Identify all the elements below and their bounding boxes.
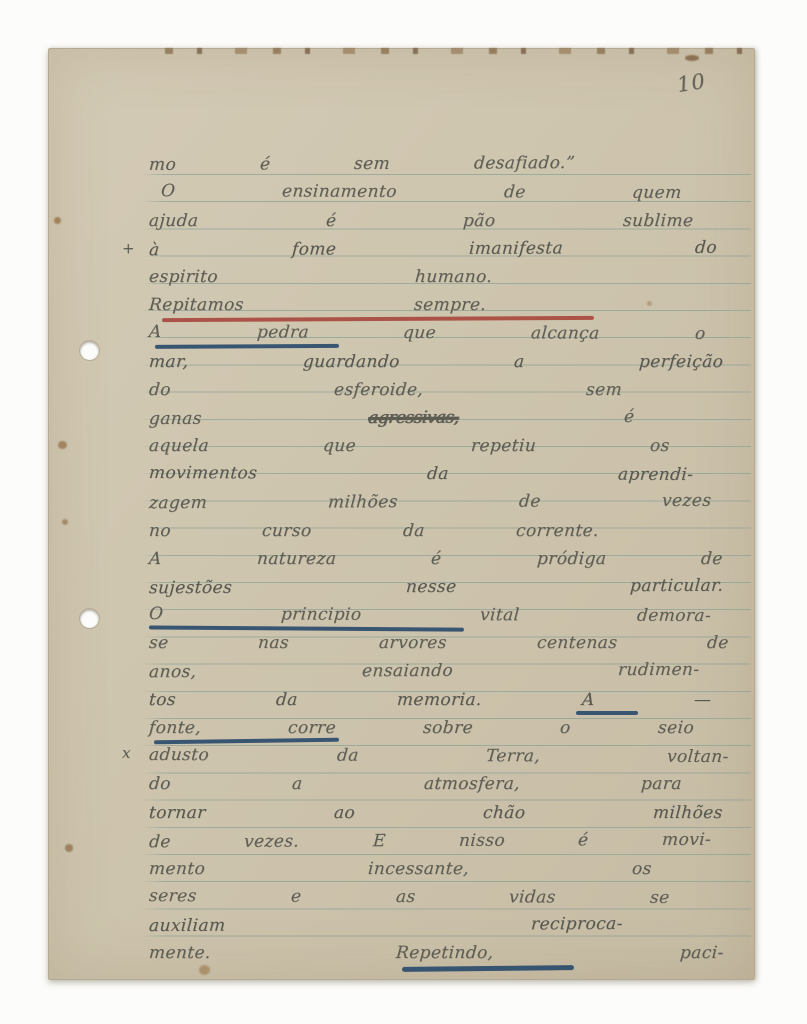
handwritten-word: particular. — [629, 576, 724, 596]
handwritten-word: pão — [463, 211, 497, 231]
manuscript-line: Anaturezaépródigade — [149, 542, 723, 570]
handwritten-word: da — [275, 690, 298, 710]
handwritten-word: de — [707, 633, 730, 653]
handwritten-word: sempre. — [414, 295, 488, 315]
handwritten-word: E — [372, 831, 386, 851]
handwritten-word: sobre — [422, 718, 473, 738]
handwritten-word: a — [513, 352, 525, 372]
manuscript-line: espiritohumano. — [149, 260, 492, 288]
handwritten-word: vezes — [661, 491, 712, 511]
handwritten-word: os — [632, 859, 653, 879]
handwritten-word: arvores — [379, 633, 448, 653]
handwritten-word: perfeição — [638, 352, 724, 372]
handwritten-word: chão — [482, 803, 526, 823]
handwritten-word: espirito — [148, 267, 218, 287]
handwritten-word: que — [403, 323, 438, 343]
handwritten-word: de — [518, 492, 541, 512]
handwritten-word: sem — [354, 154, 391, 174]
handwritten-word: o — [694, 324, 706, 344]
handwritten-word: guardando — [302, 352, 400, 372]
manuscript-line: sereseasvidasse — [149, 879, 670, 909]
handwritten-word: A — [148, 549, 162, 569]
handwritten-word: se — [148, 633, 169, 653]
handwritten-word: quem — [632, 183, 683, 203]
handwritten-word: sublime — [622, 211, 694, 231]
handwritten-word: incessante, — [368, 859, 471, 879]
handwritten-word: principio — [281, 605, 363, 625]
handwritten-word: se — [650, 888, 671, 908]
handwritten-word: tornar — [148, 803, 206, 823]
handwritten-word: corre — [287, 718, 336, 738]
handwritten-word: O — [160, 181, 176, 201]
handwritten-word: atmosfera, — [423, 774, 520, 794]
handwritten-word: da — [426, 464, 449, 484]
handwritten-word: paci- — [679, 943, 724, 963]
handwritten-word: — — [693, 690, 712, 710]
handwritten-word: de — [503, 183, 526, 203]
handwritten-word: do — [148, 774, 171, 794]
handwritten-word: da — [402, 521, 425, 541]
handwritten-word: fome — [291, 239, 337, 259]
handwritten-word: aprendi- — [617, 465, 694, 485]
handwritten-word: agressivas, — [367, 408, 459, 428]
handwritten-word: ganas — [148, 409, 202, 429]
handwritten-word: seres — [148, 886, 197, 906]
handwritten-word: é — [325, 211, 337, 231]
handwritten-word: é — [623, 407, 635, 427]
handwritten-word: de — [701, 549, 724, 569]
manuscript-line: Oensinamentodequem — [161, 174, 682, 204]
hole-punch — [80, 609, 99, 628]
handwritten-word: nas — [258, 633, 290, 653]
handwritten-word: ensaiando — [361, 661, 453, 681]
manuscript-line: sujestõesnesseparticular. — [149, 569, 723, 600]
handwritten-word: do — [148, 380, 171, 400]
handwritten-word: corrente. — [515, 521, 599, 541]
foxing-spot — [685, 55, 699, 61]
foxing-spot — [58, 441, 67, 449]
handwritten-word: Repitamos — [148, 295, 244, 315]
handwritten-word: milhões — [328, 493, 399, 513]
manuscript-line: doaatmosfera,para — [149, 767, 682, 795]
handwritten-word: pedra — [256, 323, 310, 343]
scanned-page-photo: 10 moésemdesafiado.”Oensinamentodequemaj… — [0, 0, 807, 1024]
blue-underline — [402, 966, 574, 973]
handwritten-word: vidas — [509, 887, 557, 907]
handwritten-word: pródiga — [536, 549, 607, 569]
foxing-stains-top-edge — [139, 48, 750, 54]
handwritten-word: memoria. — [396, 690, 482, 710]
handwritten-word: aquela — [148, 436, 209, 456]
manuscript-line: senasarvorescentenasde — [149, 626, 729, 654]
handwritten-word: O — [148, 604, 164, 624]
handwritten-word: de — [148, 832, 171, 852]
handwritten-word: zagem — [148, 493, 207, 513]
handwritten-word: curso — [261, 521, 312, 541]
handwritten-word: nesse — [405, 577, 457, 597]
handwritten-word: os — [649, 436, 670, 456]
handwritten-word: esferoide, — [333, 380, 424, 400]
manuscript-line: tornaraochãomilhões — [149, 795, 723, 823]
handwritten-word: o — [559, 718, 571, 738]
manuscript-paper: 10 moésemdesafiado.”Oensinamentodequemaj… — [48, 48, 755, 980]
handwritten-word: voltan- — [667, 747, 730, 767]
handwritten-word: que — [323, 436, 357, 456]
manuscript-line: tosdamemoria.A— — [149, 683, 711, 711]
handwritten-word: as — [395, 887, 416, 907]
handwritten-word: sem — [586, 380, 624, 400]
handwritten-word: milhões — [653, 803, 724, 823]
handwritten-word: anos, — [148, 663, 197, 683]
handwritten-word: auxiliam — [148, 916, 226, 936]
handwritten-word: natureza — [256, 549, 337, 569]
handwritten-word: à — [148, 240, 160, 260]
handwritten-word: mento — [148, 859, 206, 879]
handwritten-word: mo — [148, 155, 176, 175]
manuscript-line: mentoincessante,os — [149, 852, 652, 880]
manuscript-lines: moésemdesafiado.”Oensinamentodequemajuda… — [149, 147, 741, 964]
manuscript-line: zagemmilhõesdevezes — [149, 484, 712, 515]
handwritten-word: demora- — [637, 606, 713, 626]
handwritten-word: fonte, — [148, 718, 202, 738]
manuscript-line: nocursodacorrente. — [149, 513, 599, 541]
handwritten-word: humano. — [414, 267, 493, 287]
handwritten-word: tos — [148, 690, 176, 710]
handwritten-word: da — [336, 746, 359, 766]
manuscript-line: moésemdesafiado.” — [149, 146, 575, 176]
manuscript-line: ajudaépãosublime — [149, 203, 694, 231]
page-number: 10 — [675, 69, 707, 97]
manuscript-line: ganasagressivas,é — [149, 400, 635, 430]
handwritten-word: e — [290, 887, 302, 907]
manuscript-line: mar,guardandoaperfeição — [149, 344, 723, 372]
handwritten-word: vital — [479, 605, 520, 625]
foxing-spot — [199, 965, 210, 975]
margin-mark-x: x — [122, 744, 131, 762]
handwritten-word: repetiu — [470, 436, 537, 456]
handwritten-word: imanifesta — [468, 238, 563, 258]
manuscript-line: Apedraquealcançao — [149, 315, 706, 345]
manuscript-line: Repitamossempre. — [149, 288, 486, 316]
foxing-spot — [65, 844, 73, 852]
foxing-spot — [54, 217, 61, 224]
handwritten-word: mente. — [148, 943, 211, 963]
manuscript-line: anos,ensaiandorudimen- — [149, 653, 700, 684]
handwritten-word: adusto — [148, 745, 210, 765]
handwritten-word: ao — [333, 803, 356, 823]
handwritten-word: a — [291, 774, 303, 794]
manuscript-line: aquelaquerepetiuos — [149, 429, 670, 457]
handwritten-word: é — [578, 830, 590, 850]
manuscript-line: Oprincipiovitaldemora- — [149, 597, 711, 627]
handwritten-word: centenas — [536, 633, 618, 653]
manuscript-line: movimentosdaaprendi- — [149, 456, 694, 486]
handwritten-word: é — [259, 155, 271, 175]
handwritten-word: movimentos — [148, 463, 258, 483]
handwritten-word: do — [695, 238, 718, 258]
manuscript-line: mente.Repetindo,paci- — [149, 936, 723, 964]
handwritten-word: sujestões — [148, 578, 232, 598]
manuscript-line: auxiliamreciproca- — [149, 907, 623, 937]
manuscript-line: àfomeimanifestado+ — [149, 230, 717, 261]
handwritten-word: alcança — [531, 324, 601, 344]
manuscript-line: devezes.Enissoémovi- — [149, 822, 712, 853]
handwritten-word: A — [148, 322, 162, 342]
manuscript-line: adustodaTerra,voltan-x — [149, 738, 729, 768]
handwritten-word: reciproca- — [530, 914, 623, 934]
manuscript-line: doesferoide,sem — [149, 373, 623, 401]
handwritten-word: ensinamento — [281, 182, 397, 202]
handwritten-word: Repetindo, — [396, 943, 495, 963]
handwritten-word: seio — [657, 718, 694, 738]
handwritten-word: vezes. — [243, 831, 300, 851]
handwritten-word: no — [148, 521, 171, 541]
handwritten-word: para — [640, 774, 682, 794]
handwritten-word: ajuda — [148, 211, 199, 231]
manuscript-line: fonte,corresobreoseio — [149, 711, 694, 739]
margin-mark-plus: + — [122, 239, 135, 257]
handwritten-word: é — [431, 549, 443, 569]
handwritten-word: A — [581, 690, 595, 710]
handwritten-word: nisso — [458, 830, 505, 850]
handwritten-word: Terra, — [485, 746, 541, 766]
handwritten-word: desafiado.” — [474, 153, 576, 173]
handwritten-word: mar, — [148, 352, 189, 372]
foxing-spot — [62, 519, 68, 525]
hole-punch — [80, 341, 99, 360]
handwritten-word: rudimen- — [617, 660, 700, 680]
handwritten-word: movi- — [662, 829, 712, 849]
